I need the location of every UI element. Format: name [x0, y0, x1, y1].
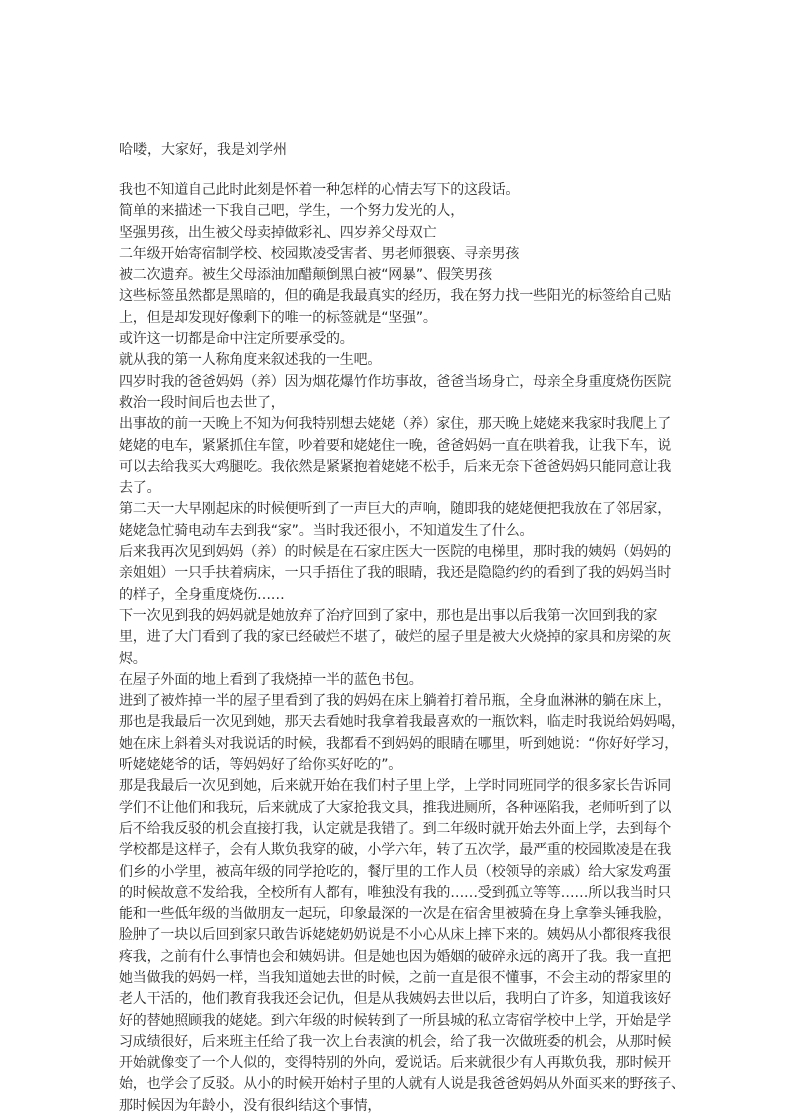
greeting-line: 哈喽，大家好，我是刘学州	[119, 140, 699, 161]
text-line: 出事故的前一天晚上不知为何我特别想去姥姥（养）家住，那天晚上姥姥来我家时我爬上了	[119, 414, 699, 435]
text-line: 坚强男孩，出生被父母卖掉做彩礼、四岁养父母双亡	[119, 223, 699, 244]
text-line: 听姥姥姥爷的话，等妈妈好了给你买好吃的”。	[119, 755, 699, 776]
text-line: 第二天一大早刚起床的时候便听到了一声巨大的声响，随即我的姥姥便把我放在了邻居家，	[119, 499, 699, 520]
text-line: 被二次遗弃。被生父母添油加醋颠倒黑白被“网暴”、假笑男孩	[119, 265, 699, 286]
text-line: 姥姥急忙骑电动车去到我“家”。当时我还很小，不知道发生了什么。	[119, 521, 699, 542]
text-line: 我也不知道自己此时此刻是怀着一种怎样的心情去写下的这段话。	[119, 180, 699, 201]
text-line: 进到了被炸掉一半的屋子里看到了我的妈妈在床上躺着打着吊瓶，全身血淋淋的躺在床上，	[119, 691, 699, 712]
text-line: 二年级开始寄宿制学校、校园欺凌受害者、男老师猥亵、寻亲男孩	[119, 244, 699, 265]
text-line: 上，但是却发现好像剩下的唯一的标签就是“坚强”。	[119, 308, 699, 329]
text-line: 那也是我最后一次见到她，那天去看她时我拿着我最喜欢的一瓶饮料，临走时我说给妈妈喝…	[119, 712, 699, 733]
text-line: 开始就像变了一个人似的，变得特别的外向，爱说话。后来就很少有人再欺负我，那时候开	[119, 1053, 699, 1074]
text-line: 就从我的第一人称角度来叙述我的一生吧。	[119, 350, 699, 371]
text-line: 简单的来描述一下我自己吧，学生，一个努力发光的人，	[119, 201, 699, 222]
text-line: 烬。	[119, 649, 699, 670]
text-line: 去了。	[119, 478, 699, 499]
text-line: 这些标签虽然都是黑暗的，但的确是我最真实的经历，我在努力找一些阳光的标签给自己贴	[119, 286, 699, 307]
text-line: 的样子，全身重度烧伤……	[119, 585, 699, 606]
text-line: 学校都是这样子，会有人欺负我穿的破，小学六年，转了五次学，最严重的校园欺凌是在我	[119, 840, 699, 861]
text-line: 好的替她照顾我的姥姥。到六年级的时候转到了一所县城的私立寄宿学校中上学，开始是学	[119, 1011, 699, 1032]
document-body: 我也不知道自己此时此刻是怀着一种怎样的心情去写下的这段话。简单的来描述一下我自己…	[119, 180, 699, 1114]
document-page: 哈喽，大家好，我是刘学州 我也不知道自己此时此刻是怀着一种怎样的心情去写下的这段…	[119, 140, 699, 1114]
text-line: 她当做我的妈妈一样，当我知道她去世的时候，之前一直是很不懂事，不会主动的帮家里的	[119, 968, 699, 989]
text-line: 那时候因为年龄小，没有很纠结这个事情，	[119, 1096, 699, 1114]
text-line: 始，也学会了反驳。从小的时候开始村子里的人就有人说是我爸爸妈妈从外面买来的野孩子…	[119, 1074, 699, 1095]
text-line: 疼我，之前有什么事情也会和姨妈讲。但是她也因为婚姻的破碎永远的离开了我。我一直把	[119, 947, 699, 968]
text-line: 那是我最后一次见到她，后来就开始在我们村子里上学，上学时同班同学的很多家长告诉同	[119, 776, 699, 797]
text-line: 姥姥的电车，紧紧抓住车筐，吵着要和姥姥住一晚，爸爸妈妈一直在哄着我，让我下车，说	[119, 436, 699, 457]
text-line: 学们不让他们和我玩，后来就成了大家抢我文具，推我进厕所，各种诬陷我，老师听到了以	[119, 798, 699, 819]
text-line: 四岁时我的爸爸妈妈（养）因为烟花爆竹作坊事故，爸爸当场身亡，母亲全身重度烧伤医院	[119, 372, 699, 393]
text-line: 能和一些低年级的当做朋友一起玩，印象最深的一次是在宿舍里被骑在身上拿拳头锤我脸，	[119, 904, 699, 925]
text-line: 亲姐姐）一只手扶着病床，一只手捂住了我的眼睛，我还是隐隐约约的看到了我的妈妈当时	[119, 563, 699, 584]
text-line: 救治一段时间后也去世了，	[119, 393, 699, 414]
text-line: 们乡的小学里，被高年级的同学抢吃的，餐厅里的工作人员（校领导的亲戚）给大家发鸡蛋	[119, 862, 699, 883]
text-line: 的时候故意不发给我，全校所有人都有，唯独没有我的……受到孤立等等……所以我当时只	[119, 883, 699, 904]
text-line: 老人干活的，他们教育我我还会记仇，但是从我姨妈去世以后，我明白了许多，知道我该好	[119, 989, 699, 1010]
text-line: 脸肿了一块以后回到家只敢告诉姥姥奶奶说是不小心从床上摔下来的。姨妈从小都很疼我很	[119, 925, 699, 946]
text-line: 可以去给我买大鸡腿吃。我依然是紧紧抱着姥姥不松手，后来无奈下爸爸妈妈只能同意让我	[119, 457, 699, 478]
text-line: 后来我再次见到妈妈（养）的时候是在石家庄医大一医院的电梯里，那时我的姨妈（妈妈的	[119, 542, 699, 563]
text-line: 或许这一切都是命中注定所要承受的。	[119, 329, 699, 350]
text-line: 里，进了大门看到了我的家已经破烂不堪了，破烂的屋子里是被大火烧掉的家具和房梁的灰	[119, 627, 699, 648]
text-line: 习成绩很好，后来班主任给了我一次上台表演的机会，给了我一次做班委的机会，从那时候	[119, 1032, 699, 1053]
text-line: 后不给我反驳的机会直接打我，认定就是我错了。到二年级时就开始去外面上学，去到每个	[119, 819, 699, 840]
text-line: 在屋子外面的地上看到了我烧掉一半的蓝色书包。	[119, 670, 699, 691]
text-line: 她在床上斜着头对我说话的时候，我都看不到妈妈的眼睛在哪里，听到她说：“你好好学习…	[119, 734, 699, 755]
text-line: 下一次见到我的妈妈就是她放弃了治疗回到了家中，那也是出事以后我第一次回到我的家	[119, 606, 699, 627]
